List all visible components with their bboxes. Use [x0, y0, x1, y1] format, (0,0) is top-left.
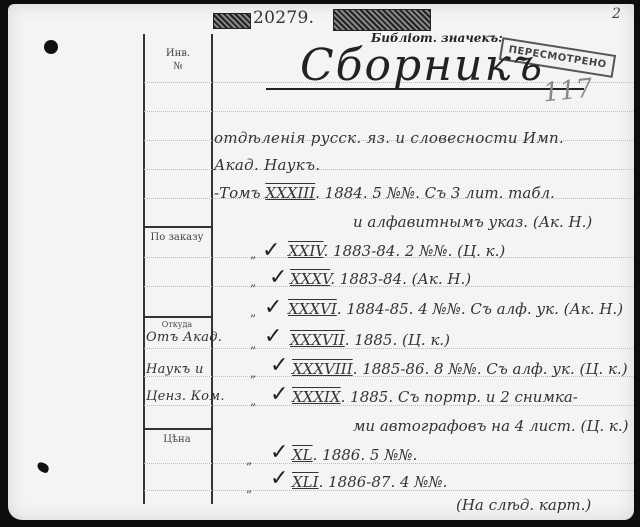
ditto-mark: „	[250, 366, 256, 380]
volume-entry: XXXVI. 1884-85. 4 №№. Съ алф. ук. (Ак. Н…	[288, 300, 623, 318]
volume-continuation: и алфавитнымъ указ. (Ак. Н.)	[353, 213, 592, 231]
check-icon: ✓	[262, 240, 280, 262]
volume-number: XLI	[292, 473, 319, 491]
check-icon: ✓	[270, 442, 288, 464]
redacted-mark-right	[333, 9, 431, 31]
volume-number: XXXV	[290, 270, 330, 288]
section-divider	[144, 226, 211, 228]
order-label: По заказу	[146, 232, 208, 243]
ditto-mark: „	[250, 305, 256, 319]
check-icon: ✓	[270, 355, 288, 377]
ditto-mark: „	[250, 337, 256, 351]
footer-note: (На слѣд. карт.)	[456, 496, 591, 514]
description-line-2: Акад. Наукъ.	[214, 156, 320, 174]
description-line-1: отдѣленія русск. яз. и словесности Имп.	[214, 129, 564, 147]
check-icon: ✓	[264, 326, 282, 348]
ditto-mark: „	[246, 481, 252, 495]
right-column-border	[211, 34, 213, 504]
volume-number: XXXVII	[290, 331, 345, 349]
section-divider	[144, 316, 211, 318]
check-icon: ✓	[269, 267, 287, 289]
volume-entry: XXIV. 1883-84. 2 №№. (Ц. к.)	[288, 242, 505, 260]
left-column-border	[143, 34, 145, 504]
volume-number: XXXVI	[288, 300, 337, 318]
ditto-mark: „	[250, 394, 256, 408]
check-icon: ✓	[270, 384, 288, 406]
volume-number: XL	[292, 446, 313, 464]
volume-entry: XXXV. 1883-84. (Ак. Н.)	[290, 270, 471, 288]
inventory-number: 20279.	[253, 8, 314, 28]
volume-number: XXXIX	[292, 388, 341, 406]
ditto-mark: „	[246, 453, 252, 467]
volume-entry: XLI. 1886-87. 4 №№.	[292, 473, 447, 491]
grid-line	[144, 111, 634, 112]
volume-entry: XXXVIII. 1885-86. 8 №№. Съ алф. ук. (Ц. …	[292, 360, 628, 378]
redacted-mark-left	[213, 13, 251, 29]
punch-hole-top	[44, 40, 58, 54]
source-value-line-2: Наукъ и	[146, 362, 204, 377]
volume-entry: XXXVII. 1885. (Ц. к.)	[290, 331, 450, 349]
source-value-line-1: Отъ Акад.	[146, 330, 222, 345]
volume-entry: XL. 1886. 5 №№.	[292, 446, 417, 464]
volume-number: XXIV	[288, 242, 324, 260]
volume-number: XXXVIII	[292, 360, 353, 378]
volume-number: XXXIII	[265, 184, 315, 202]
faint-number: 117	[542, 73, 595, 108]
ditto-mark: „	[250, 247, 256, 261]
source-value-line-3: Ценз. Ком.	[146, 389, 225, 404]
price-label: Цѣна	[146, 434, 208, 445]
volume-entry: -Томъ XXXIII. 1884. 5 №№. Съ 3 лит. табл…	[214, 184, 555, 202]
catalog-card: 2 20279. Библіот. значекъ: ПЕРЕСМОТРЕНО …	[8, 4, 634, 520]
ditto-mark: „	[250, 275, 256, 289]
ink-blot	[36, 461, 50, 474]
check-icon: ✓	[264, 297, 282, 319]
check-icon: ✓	[270, 468, 288, 490]
volume-entry: XXXIX. 1885. Съ портр. и 2 снимка-	[292, 388, 578, 406]
section-divider	[144, 428, 211, 430]
page-number: 2	[612, 6, 621, 22]
title: Сборникъ	[300, 40, 544, 91]
inv-label: Инв. №	[156, 47, 200, 73]
volume-continuation: ми автографовъ на 4 лист. (Ц. к.)	[353, 417, 629, 435]
title-underline	[266, 88, 584, 90]
source-label: Откуда	[146, 320, 208, 329]
